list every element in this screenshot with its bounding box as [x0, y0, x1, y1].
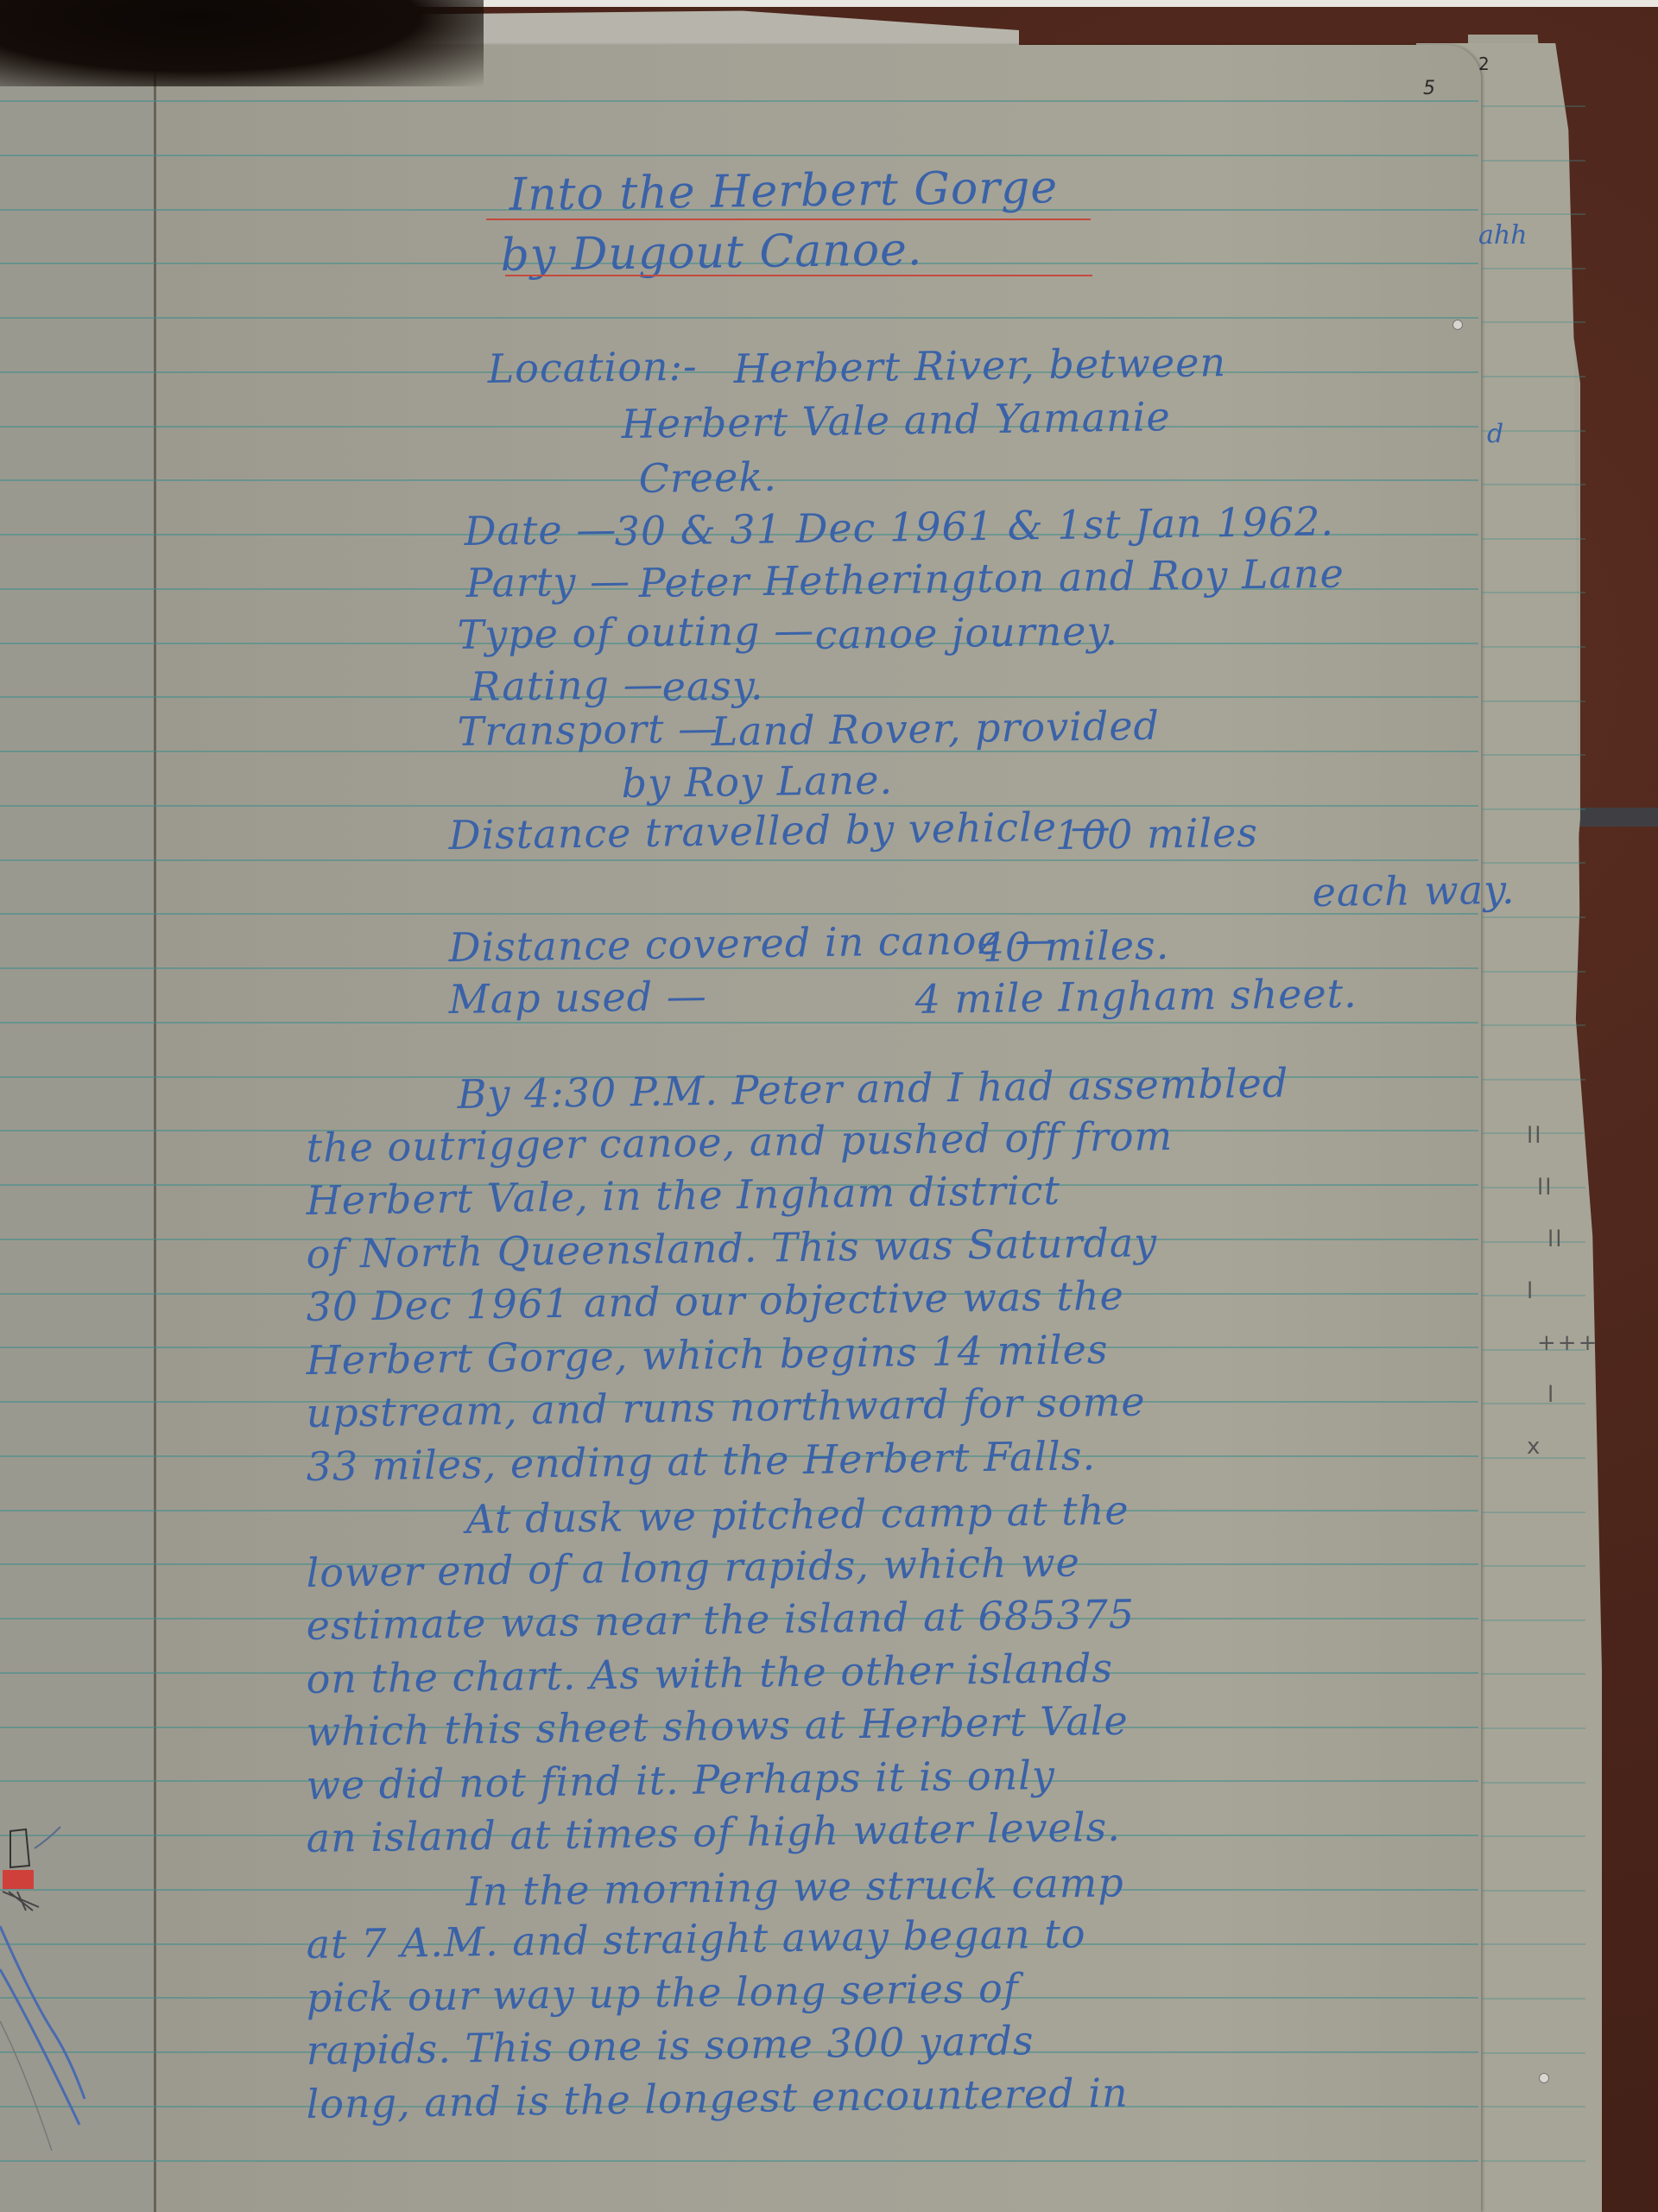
ruled-line-underpage	[1482, 1998, 1585, 2000]
ruled-line-underpage	[1482, 2160, 1585, 2162]
tally-mark: ll	[1547, 1226, 1563, 1252]
ruled-line-underpage	[1482, 862, 1585, 864]
ruled-line-underpage	[1482, 1890, 1585, 1892]
pin-hole	[1539, 2073, 1549, 2083]
ruled-line-underpage	[1482, 1565, 1585, 1567]
ruled-line-underpage	[1482, 1673, 1585, 1675]
detail-value: Creek.	[638, 453, 777, 502]
ruled-line	[0, 100, 1478, 102]
ruled-line-underpage	[1482, 1079, 1585, 1081]
ruled-line-underpage	[1482, 916, 1585, 918]
ruled-line-underpage	[1482, 1024, 1585, 1026]
ruled-line-underpage	[1482, 1943, 1585, 1945]
ruled-line-underpage	[1482, 1403, 1585, 1404]
ruled-line-underpage	[1482, 376, 1585, 377]
tally-mark: ll	[1537, 1175, 1553, 1201]
tally-mark: l	[1527, 1278, 1535, 1304]
binding-gutter	[154, 45, 156, 2212]
ruled-line-underpage	[1482, 2052, 1585, 2054]
tally-mark: ll	[1527, 1123, 1542, 1149]
ruled-line	[0, 1022, 1478, 1024]
entry-line: pick our way up the long series of	[306, 1964, 1019, 2021]
detail-label: Location:-	[487, 343, 698, 392]
detail-value: canoe journey.	[814, 607, 1118, 658]
ruled-line-underpage	[1482, 700, 1585, 702]
detail-label: Transport —	[457, 705, 718, 755]
ruled-line-underpage	[1482, 1782, 1585, 1784]
margin-note-mid: d	[1487, 419, 1503, 449]
detail-value: 4 mile Ingham sheet.	[914, 970, 1357, 1023]
pin-hole	[1452, 320, 1463, 330]
detail-label: Rating —	[470, 661, 664, 710]
ruled-line-underpage	[1482, 754, 1585, 756]
detail-label: Type of outing —	[457, 606, 814, 658]
ruled-line-underpage	[1482, 538, 1585, 540]
ruled-line	[0, 155, 1478, 156]
detail-value: Peter Hetherington and Roy Lane	[638, 550, 1345, 606]
detail-label: Distance covered in canoe —	[448, 916, 1055, 971]
journal-title-line-2: by Dugout Canoe.	[500, 224, 923, 282]
detail-value: Herbert River, between	[733, 339, 1226, 392]
ruled-line-underpage	[1482, 105, 1585, 107]
ruled-line	[0, 967, 1478, 969]
ruled-line-underpage	[1482, 1835, 1585, 1837]
ruled-line-underpage	[1482, 1619, 1585, 1621]
detail-label: Map used —	[448, 973, 707, 1023]
page-number: 5	[1423, 78, 1435, 99]
ruled-line-underpage	[1482, 646, 1585, 648]
binding-shadow	[0, 0, 484, 86]
detail-label: Party —	[465, 557, 630, 606]
ruled-line	[0, 913, 1478, 915]
tally-mark: +++	[1537, 1330, 1598, 1356]
detail-value: 100 miles	[1054, 809, 1258, 859]
entry-line: In the morning we struck camp	[465, 1859, 1124, 1915]
ruled-line-underpage	[1482, 213, 1585, 215]
detail-value: Land Rover, provided	[711, 702, 1160, 755]
floor-tile-strip	[1572, 808, 1658, 827]
detail-label: Distance travelled by vehicle —	[448, 802, 1111, 859]
ruled-line-underpage	[1482, 160, 1585, 162]
doodle-sketch	[0, 1797, 104, 2159]
ruled-line-underpage	[1482, 1241, 1585, 1243]
ruled-line-underpage	[1482, 971, 1585, 973]
detail-value: easy.	[661, 662, 764, 710]
ruled-line-underpage	[1482, 2106, 1585, 2107]
tally-mark: x	[1527, 1434, 1541, 1460]
title-underline-1	[486, 219, 1091, 220]
ruled-line	[0, 859, 1478, 861]
detail-value: by Roy Lane.	[621, 757, 893, 807]
journal-title-line-1: Into the Herbert Gorge	[509, 162, 1058, 221]
ruled-line	[0, 317, 1478, 319]
ruled-line-underpage	[1482, 1187, 1585, 1188]
ruled-line-underpage	[1482, 484, 1585, 485]
margin-note-top: ahh	[1478, 220, 1528, 250]
ruled-line	[0, 2160, 1478, 2162]
ruled-line-underpage	[1482, 1727, 1585, 1729]
ruled-line-underpage	[1482, 1512, 1585, 1513]
ruled-line-underpage	[1482, 808, 1585, 810]
title-underline-2	[505, 275, 1092, 276]
tally-mark: l	[1547, 1382, 1555, 1408]
detail-value: each way.	[1312, 866, 1516, 916]
ruled-line-underpage	[1482, 592, 1585, 593]
ruled-line-underpage	[1482, 268, 1585, 269]
detail-value: Herbert Vale and Yamanie	[621, 393, 1171, 447]
ruled-line-underpage	[1482, 321, 1585, 323]
detail-label: Date —	[464, 506, 617, 555]
entry-line: we did not find it. Perhaps it is only	[306, 1751, 1055, 1808]
entry-line: At dusk we pitched camp at the	[465, 1486, 1130, 1543]
detail-value: 40 miles.	[978, 922, 1169, 971]
